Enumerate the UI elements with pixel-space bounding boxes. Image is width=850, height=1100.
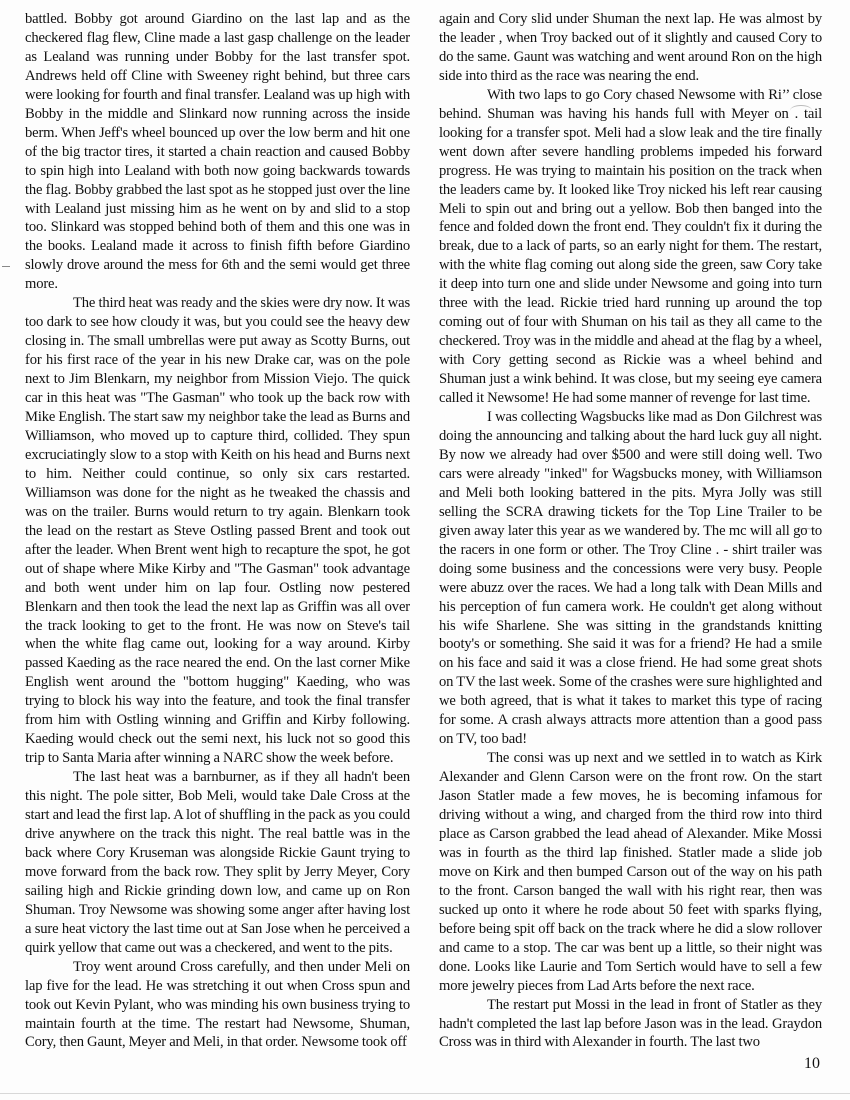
scan-edge-line bbox=[0, 1093, 850, 1094]
paragraph: Troy went around Cross carefully, and th… bbox=[25, 958, 410, 1053]
paragraph: With two laps to go Cory chased Newsome … bbox=[439, 86, 822, 408]
left-column: battled. Bobby got around Giardino on th… bbox=[25, 10, 410, 1052]
paragraph: battled. Bobby got around Giardino on th… bbox=[25, 10, 410, 294]
margin-pencil-mark bbox=[2, 266, 10, 267]
paragraph: I was collecting Wagsbucks like mad as D… bbox=[439, 408, 822, 749]
document-page: battled. Bobby got around Giardino on th… bbox=[0, 0, 850, 1100]
paragraph: The last heat was a barnburner, as if th… bbox=[25, 768, 410, 958]
paragraph: The consi was up next and we settled in … bbox=[439, 749, 822, 995]
paragraph: The third heat was ready and the skies w… bbox=[25, 294, 410, 768]
paragraph: The restart put Mossi in the lead in fro… bbox=[439, 996, 822, 1053]
right-column: again and Cory slid under Shuman the nex… bbox=[439, 10, 822, 1052]
page-number: 10 bbox=[804, 1055, 820, 1073]
paragraph: again and Cory slid under Shuman the nex… bbox=[439, 10, 822, 86]
